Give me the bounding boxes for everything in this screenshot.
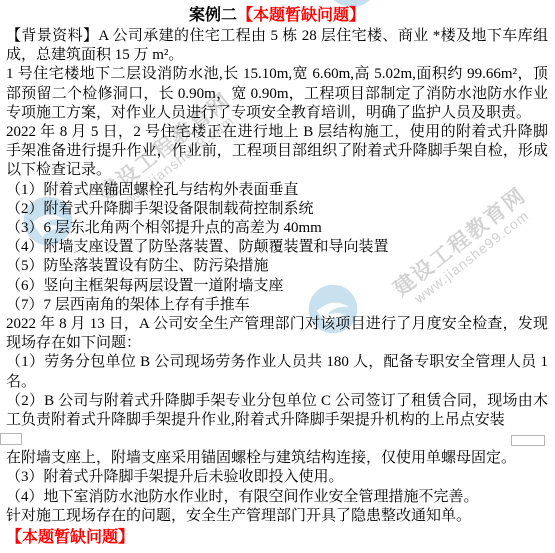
inspection-intro-paragraph: 2022 年 8 月 5 日，2 号住宅楼正在进行地上 B 层结构施工，使用的附… bbox=[6, 123, 548, 181]
check-item-1: （1）附着式座锚固螺栓孔与结构外表面垂直 bbox=[6, 181, 548, 200]
page-break-mark-left bbox=[0, 433, 22, 445]
issue-4: （4）地下室消防水池防水作业时，有限空间作业安全管理措施不完善。 bbox=[6, 488, 548, 507]
issue-1: （1）劳务分包单位 B 公司现场劳务作业人员共 180 人，配备专职安全管理人员… bbox=[6, 353, 548, 391]
page-title: 案例二【本题暂缺问题】 bbox=[6, 6, 548, 26]
missing-question-label: 【本题暂缺问题】 bbox=[237, 7, 365, 24]
background-paragraph: 【背景资料】A 公司承建的住宅工程由 5 栋 28 层住宅楼、商业 *楼及地下车… bbox=[6, 27, 548, 65]
case-number-label: 案例二 bbox=[189, 7, 237, 24]
document-body: 案例二【本题暂缺问题】 【背景资料】A 公司承建的住宅工程由 5 栋 28 层住… bbox=[0, 0, 555, 548]
fire-pool-paragraph: 1 号住宅楼地下二层设消防水池,长 15.10m,宽 6.60m,高 5.02m… bbox=[6, 65, 548, 123]
footer-missing-question-label: 【本题暂缺问题】 bbox=[6, 527, 548, 548]
check-item-5: （5）防坠落装置设有防尘、防污染措施 bbox=[6, 257, 548, 276]
page-break-divider bbox=[6, 430, 548, 449]
issue-3: （3）附着式升降脚手架提升后未验收即投入使用。 bbox=[6, 468, 548, 487]
check-item-4: （4）附墙支座设置了防坠落装置、防颠覆装置和导向装置 bbox=[6, 238, 548, 257]
exam-case-document: 建设工程教育网 www.jianshe99.com 建设工程教育网 www.ji… bbox=[0, 0, 555, 553]
issue-2-part-a: （2）B 公司与附着式升降脚手架专业分包单位 C 公司签订了租赁合同，现场由木工… bbox=[6, 392, 548, 430]
check-item-6: （6）竖向主框架每两层设置一道附墙支座 bbox=[6, 277, 548, 296]
issue-2-part-b: 在附墙支座上，附墙支座采用锚固螺栓与建筑结构连接，仅使用单螺母固定。 bbox=[6, 449, 548, 468]
check-item-2: （2）附着式升降脚手架设备限制载荷控制系统 bbox=[6, 200, 548, 219]
page-break-mark-right bbox=[511, 435, 545, 446]
closing-paragraph: 针对施工现场存在的问题，安全生产管理部门开具了隐患整改通知单。 bbox=[6, 507, 548, 526]
monthly-check-intro-paragraph: 2022 年 8 月 13 日，A 公司安全生产管理部门对该项目进行了月度安全检… bbox=[6, 315, 548, 353]
check-item-7: （7）7 层西南角的架体上存有手推车 bbox=[6, 296, 548, 315]
check-item-3: （3）6 层东北角两个相邻提升点的高差为 40mm bbox=[6, 219, 548, 238]
